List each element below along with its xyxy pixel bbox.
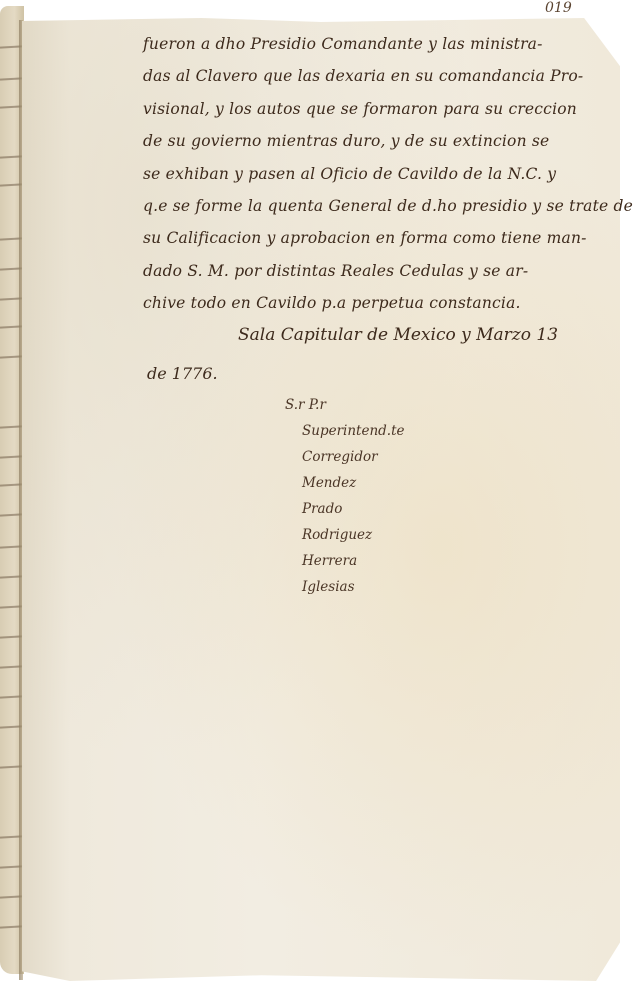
text-line: q.e se forme la quenta General de d.ho p… (143, 190, 633, 222)
place-date-line: Sala Capitular de Mexico y Marzo 13 (238, 325, 558, 345)
signature: Mendez (285, 470, 405, 496)
signature: Superintend.te (285, 418, 405, 444)
text-line: su Calificacion y aprobacion en forma co… (143, 222, 633, 254)
text-line: de su govierno mientras duro, y de su ex… (143, 125, 633, 157)
signature: Prado (285, 496, 405, 522)
signature: Corregidor (285, 444, 405, 470)
text-line: chive todo en Cavildo p.a perpetua const… (143, 287, 633, 319)
signature: S.r P.r (285, 392, 405, 418)
folio-number: 019 (545, 0, 572, 16)
body-text: fueron a dho Presidio Comandante y las m… (143, 28, 633, 320)
signature-list: S.r P.r Superintend.te Corregidor Mendez… (285, 392, 405, 600)
signature: Rodriguez (285, 522, 405, 548)
text-line: das al Clavero que las dexaria en su com… (143, 60, 633, 92)
text-line: visional, y los autos que se formaron pa… (143, 93, 633, 125)
year-line: de 1776. (147, 364, 218, 383)
text-line: se exhiban y pasen al Oficio de Cavildo … (143, 158, 633, 190)
text-line: dado S. M. por distintas Reales Cedulas … (143, 255, 633, 287)
text-line: fueron a dho Presidio Comandante y las m… (143, 28, 633, 60)
signature: Iglesias (285, 574, 405, 600)
signature: Herrera (285, 548, 405, 574)
